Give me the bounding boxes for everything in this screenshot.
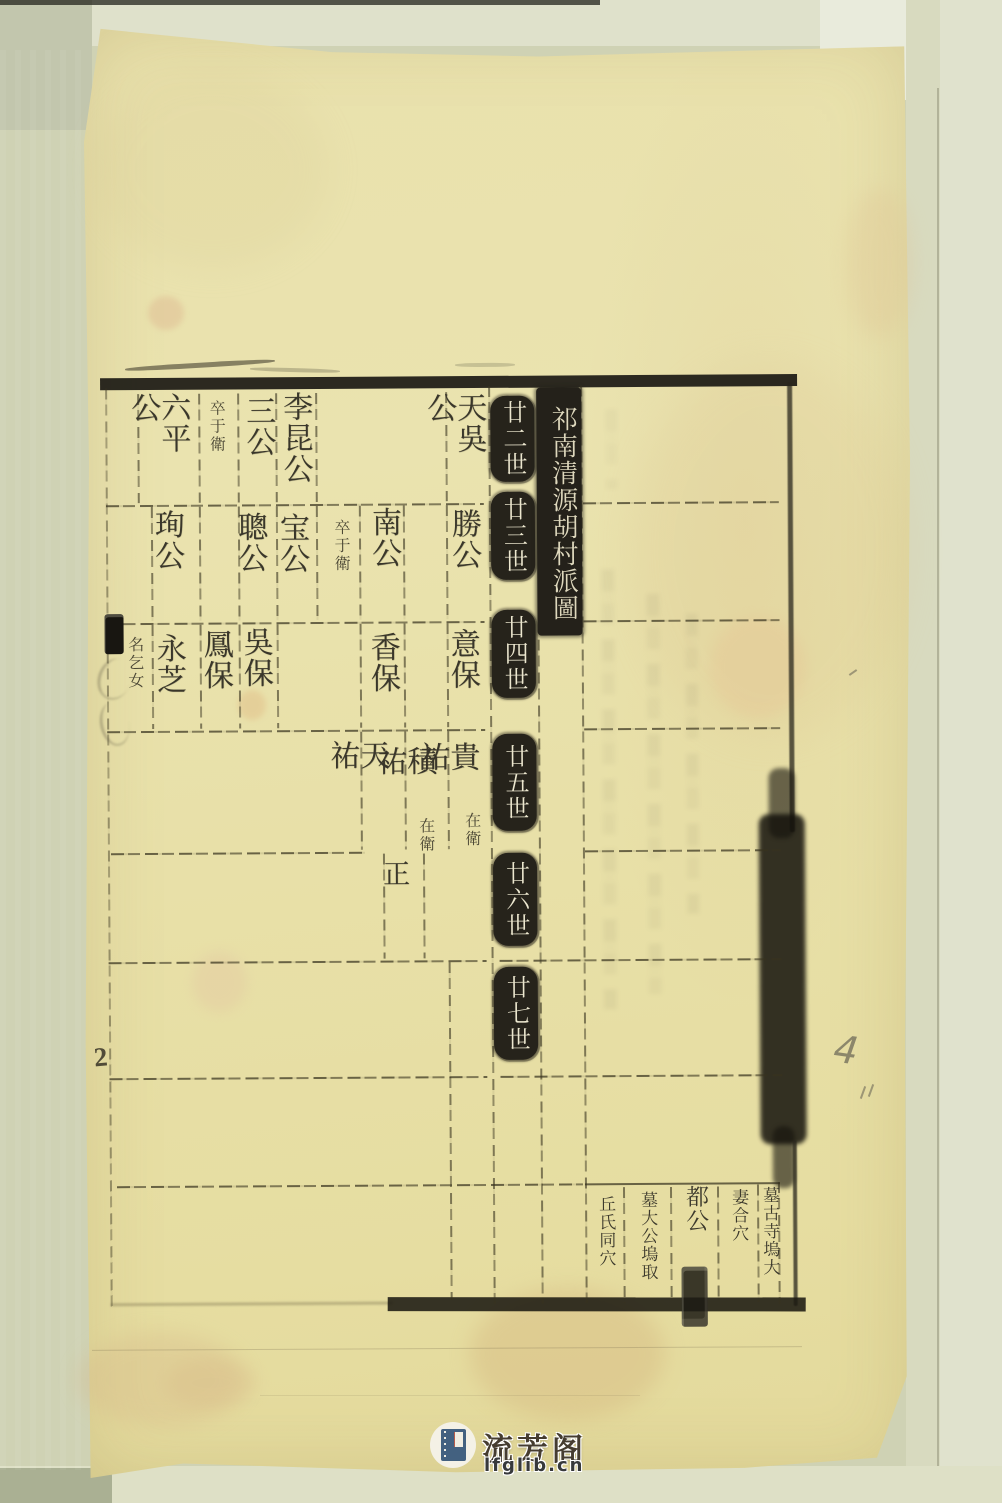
ink-smudge [455, 363, 515, 367]
generation-cartouche: 廿四世 [491, 610, 536, 698]
person-name: 都公 [679, 1185, 707, 1251]
generation-cartouche: 廿三世 [491, 492, 536, 580]
chart-right-border-blotch [773, 1126, 795, 1188]
book-icon [441, 1429, 466, 1461]
stain [165, 1358, 257, 1408]
person-note: 在衛 [459, 812, 479, 852]
person-name: 貴祐 [442, 741, 476, 799]
grid-line [538, 640, 544, 1304]
burial-note: 妻合穴 [727, 1188, 747, 1262]
person-name: 李昆公 [275, 391, 310, 486]
grid-line [500, 958, 782, 962]
watermark-badge [430, 1422, 476, 1468]
person-name: 宝公 [272, 512, 306, 582]
generation-cartouche: 廿七世 [494, 967, 539, 1060]
grid-line [107, 729, 485, 733]
person-name: 永芝 [149, 633, 183, 705]
grid-line [500, 1074, 782, 1078]
grid-line [449, 962, 453, 1300]
stain [148, 296, 184, 330]
grid-line [359, 506, 362, 620]
person-note: 卒于衛 [203, 400, 224, 484]
person-name: 天吳公 [449, 392, 484, 484]
generation-cartouche: 廿二世 [490, 396, 535, 482]
person-name: 正 [373, 859, 407, 889]
person-name: 勝公 [444, 508, 478, 584]
photo-top-edge [0, 0, 600, 5]
bleed-through-column [605, 409, 617, 489]
chart-right-border [793, 1140, 798, 1306]
grid-line [199, 507, 202, 621]
generation-cartouche: 廿五世 [492, 734, 537, 831]
grid-line [315, 393, 318, 502]
grid-line [111, 852, 365, 856]
grid-line [404, 623, 407, 727]
grid-line [106, 503, 484, 507]
chart-bottom-border-faint [111, 1302, 393, 1307]
backing-sheet-right-light [940, 0, 1002, 1503]
handwritten-mark-left: 2 [93, 1041, 109, 1073]
grid-line [117, 1183, 583, 1188]
chart-right-border [787, 382, 795, 832]
bleed-through-column [646, 594, 661, 994]
note-block-divider [717, 1187, 720, 1301]
stain [95, 70, 330, 270]
backing-sheet-edge [937, 88, 939, 1503]
grid-line [423, 853, 426, 958]
chart-title-strip: 祁南清源胡村派圖 [536, 387, 583, 635]
person-name: 天祐 [352, 740, 386, 796]
grid-line [109, 960, 487, 964]
person-name: 三公 [238, 395, 272, 457]
person-name: 聰公 [230, 511, 264, 585]
stain [846, 188, 912, 338]
grid-line [583, 501, 779, 504]
note-block-divider [623, 1187, 626, 1303]
grid-line [277, 624, 280, 728]
chart-right-border-blotch [759, 814, 807, 1144]
person-name: 積祐 [399, 745, 433, 801]
grid-line [403, 505, 406, 619]
person-name: 鳳保 [196, 629, 230, 707]
grid-line [107, 621, 485, 625]
grid-line [198, 394, 201, 503]
watermark-site-url: lfglib.cn [484, 1455, 584, 1476]
torn-label-fragment [104, 614, 123, 654]
bleed-through-column [601, 569, 617, 1009]
person-name: 香保 [363, 631, 397, 707]
person-name: 南公 [364, 506, 398, 580]
scanned-genealogy-page: { "document": { "type": "woodblock genea… [0, 0, 1002, 1503]
grid-line [316, 506, 319, 620]
person-note: 在衛 [413, 817, 433, 855]
inked-out-stamp [681, 1267, 707, 1327]
grid-line [109, 1076, 487, 1080]
person-name: 意保 [443, 628, 477, 702]
grid-line [105, 388, 113, 1310]
person-name: 吳保 [236, 626, 270, 700]
backing-streaks [0, 50, 90, 1470]
note-block-divider [670, 1187, 673, 1301]
genealogy-chart: 廿二世 廿三世 廿四世 廿五世 廿六世 廿七世 祁南清源胡村派圖 天吳公 李昆公… [100, 368, 806, 1330]
paper-crease [260, 1395, 640, 1396]
chart-top-border [100, 374, 797, 390]
person-note: 卒于衛 [328, 519, 349, 603]
burial-note: 丘氏同穴 [594, 1195, 615, 1295]
chart-right-border-blotch [768, 768, 794, 838]
burial-note: 墓大公塢取 [636, 1191, 657, 1303]
person-name: 六平公 [153, 392, 188, 484]
generation-cartouche: 廿六世 [493, 853, 538, 946]
bleed-through-column [685, 614, 699, 914]
burial-note: 墓古寺塢大 [758, 1186, 779, 1302]
person-name: 珣公 [147, 509, 181, 583]
